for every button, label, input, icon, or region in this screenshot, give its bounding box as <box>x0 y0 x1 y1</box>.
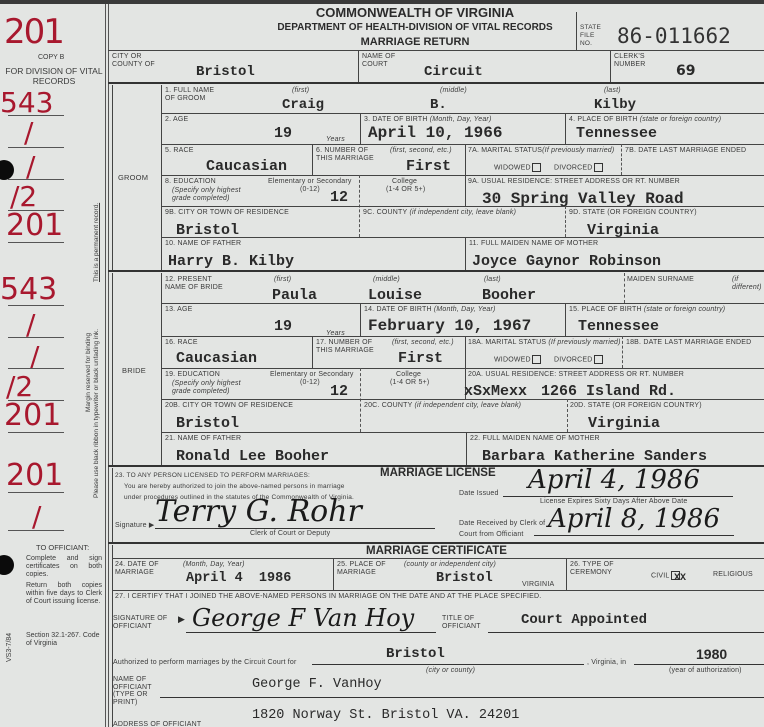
certificate-title: MARRIAGE CERTIFICATE <box>366 545 507 557</box>
margin-mark: 543 <box>0 272 57 307</box>
marriage-place-value: Bristol <box>436 571 493 586</box>
divider <box>161 206 764 207</box>
hint: (middle) <box>373 276 400 284</box>
hint: (first) <box>274 276 291 284</box>
groom-city-label: 9b. CITY OR TOWN OF RESIDENCE <box>165 209 289 217</box>
groom-pob-label: 4. PLACE OF BIRTH (state or foreign coun… <box>569 116 721 124</box>
bride-county-label: 20c. COUNTY (if independent city, leave … <box>364 402 521 410</box>
date-received-label: Date Received by Clerk of Court from Off… <box>459 518 559 540</box>
groom-marital-label: 7a. MARITAL STATUS(If previously married… <box>468 147 614 155</box>
divider <box>108 50 764 51</box>
margin-line <box>8 115 64 116</box>
groom-middle-name: B. <box>430 97 447 113</box>
divider <box>622 336 623 368</box>
hint: (state or foreign country) <box>640 116 721 123</box>
label: 15. PLACE OF BIRTH <box>569 306 642 313</box>
divider <box>161 336 764 337</box>
groom-mother: Joyce Gaynor Robinson <box>472 253 661 270</box>
signer-title: Clerk of Court or Deputy <box>250 530 330 538</box>
hint: (last) <box>484 276 501 284</box>
divider <box>108 542 764 544</box>
bride-divorced[interactable]: DIVORCED <box>554 355 603 364</box>
marriage-place-state: VIRGINIA <box>522 581 554 589</box>
date-received-value: April 8, 1986 <box>548 504 720 534</box>
clerks-number-value: 69 <box>676 63 695 79</box>
margin-line <box>8 432 64 433</box>
city-county-label: CITY OR COUNTY OF <box>112 53 172 69</box>
signature-line <box>503 496 733 497</box>
label: WIDOWED <box>494 164 531 171</box>
groom-last-marriage-ended-label: 7b. DATE LAST MARRIAGE ENDED <box>625 147 746 155</box>
for-division-label: FOR DIVISION OF VITAL RECORDS <box>2 66 106 86</box>
virginia-in-label: , Virginia, in <box>587 659 626 667</box>
hint: (if independent city, leave blank) <box>409 209 516 216</box>
label: DIVORCED <box>554 356 593 363</box>
bride-education-elementary: 12 <box>330 383 348 400</box>
groom-age-label: 2. AGE <box>165 116 188 124</box>
bride-marital-label: 18a. MARITAL STATUS (If previously marri… <box>468 339 621 347</box>
signature-line <box>312 664 584 665</box>
civil-mark: XX <box>674 573 686 584</box>
bride-dob-label: 14. DATE OF BIRTH (Month, Day, Year) <box>364 306 496 314</box>
label: Signature <box>115 522 147 529</box>
label: 9c. COUNTY <box>363 209 407 216</box>
bride-residence-struck: xSxMexx <box>464 383 527 400</box>
ink-note: Please use black ribbon in typewriter or… <box>93 329 100 498</box>
margin-line <box>8 337 64 338</box>
to-officiant-label: TO OFFICIANT: <box>36 543 89 552</box>
elementary-range: (0-12) <box>300 379 320 387</box>
bride-age-label: 13. AGE <box>165 306 192 314</box>
hint: (Month, Day, Year) <box>183 561 245 569</box>
officiant-signature: George F Van Hoy <box>192 604 414 632</box>
binding-note: Margin reserved for binding <box>85 333 92 412</box>
groom-county-label: 9c. COUNTY (if independent city, leave b… <box>363 209 516 217</box>
hint: (city or county) <box>426 667 475 675</box>
groom-marriage-number-label: 6. NUMBER OF THIS MARRIAGE <box>316 147 376 163</box>
divider <box>112 273 113 465</box>
arrow-icon: ▶ <box>149 522 155 529</box>
bride-residence-label: 20a. USUAL RESIDENCE: STREET ADDRESS OR … <box>468 371 684 379</box>
divider <box>312 144 313 175</box>
groom-race-label: 5. RACE <box>165 147 194 155</box>
elementary-range: (0-12) <box>300 186 320 194</box>
groom-widowed[interactable]: WIDOWED <box>494 163 541 172</box>
city-county-value: Bristol <box>196 64 255 80</box>
hint: (If previously married) <box>542 147 614 154</box>
divider <box>621 144 622 175</box>
bride-state: Virginia <box>588 415 660 432</box>
divider <box>161 175 764 176</box>
officiant-address-value: 1820 Norway St. Bristol VA. 24201 <box>252 708 519 723</box>
authorization-year: 1980 <box>696 646 727 662</box>
license-item-label: 23. TO ANY PERSON LICENSED TO PERFORM MA… <box>115 472 310 480</box>
label: 20c. COUNTY <box>364 402 412 409</box>
signature-label: Signature ▶ <box>115 522 155 530</box>
divider <box>360 303 361 336</box>
divider <box>565 113 566 144</box>
hint: (Specify only highest grade completed) <box>172 187 242 203</box>
date-issued-label: Date Issued <box>459 490 499 498</box>
label: CIVIL <box>651 572 670 579</box>
hint: (middle) <box>440 87 467 95</box>
divider <box>161 399 764 400</box>
groom-name-label: 1. FULL NAME OF GROOM <box>165 87 225 103</box>
margin-line <box>8 492 64 493</box>
divider <box>466 432 467 465</box>
signature-line <box>634 664 764 665</box>
margin-mark: 201 <box>6 458 63 493</box>
bride-first-name: Paula <box>272 287 317 304</box>
divider <box>161 303 764 304</box>
label: 14. DATE OF BIRTH <box>364 306 432 313</box>
clerk-signature: Terry G. Rohr <box>155 494 362 529</box>
state-file-label: STATE FILE NO. <box>580 24 606 48</box>
signature-line <box>155 528 435 529</box>
groom-marriage-number: First <box>406 158 451 175</box>
divider <box>108 270 764 272</box>
groom-education-label: 8. EDUCATION <box>165 178 216 186</box>
margin-mark: 201 <box>4 398 61 433</box>
groom-mother-label: 11. FULL MAIDEN NAME OF MOTHER <box>469 240 598 248</box>
bride-last-marriage-ended-label: 18b. DATE LAST MARRIAGE ENDED <box>626 339 751 347</box>
bride-age: 19 <box>274 318 292 335</box>
signature-line <box>160 697 764 698</box>
clerks-number-label: CLERK'S NUMBER <box>614 53 658 69</box>
divider <box>312 336 313 368</box>
form-code: VS3-7/84 <box>6 633 13 662</box>
officiant-name-value: George F. VanHoy <box>252 677 382 692</box>
divider <box>565 206 566 237</box>
groom-first-name: Craig <box>282 97 324 113</box>
state-file-number: 86-011662 <box>617 24 731 48</box>
groom-section-label: GROOM <box>118 174 148 182</box>
margin-mark: / <box>32 500 41 533</box>
hint: (Month, Day, Year) <box>430 116 492 123</box>
divider <box>161 432 764 433</box>
bride-race-label: 16. RACE <box>165 339 198 347</box>
divider <box>161 144 764 145</box>
groom-age: 19 <box>274 125 292 142</box>
maiden-surname-label: MAIDEN SURNAME <box>627 276 694 284</box>
officiant-name-label: NAME OF OFFICIANT (type or print) <box>113 676 173 706</box>
hint: (Month, Day, Year) <box>434 306 496 313</box>
label: DIVORCED <box>554 164 593 171</box>
divider <box>112 558 764 559</box>
permanent-record-note: This is a permanent record. <box>93 203 100 282</box>
bride-city: Bristol <box>176 415 239 432</box>
label: 3. DATE OF BIRTH <box>364 116 428 123</box>
signature-line <box>488 632 764 633</box>
hint: (first, second, etc.) <box>392 339 454 347</box>
certify-text: 27. I CERTIFY THAT I JOINED THE ABOVE-NA… <box>115 593 541 601</box>
divider <box>161 273 162 465</box>
punch-hole <box>0 160 14 180</box>
college-label: College <box>392 178 417 186</box>
bride-pob-label: 15. PLACE OF BIRTH (state or foreign cou… <box>569 306 725 314</box>
hint: (first) <box>292 87 309 95</box>
bride-marriage-number-label: 17. NUMBER OF THIS MARRIAGE <box>316 339 376 355</box>
divider <box>360 368 361 432</box>
hint: (first, second, etc.) <box>390 147 452 155</box>
widowed-checkbox[interactable] <box>532 163 541 172</box>
ceremony-religious[interactable]: RELIGIOUS <box>713 571 753 579</box>
bride-marriage-number: First <box>398 350 443 367</box>
hint: (if different) <box>732 276 764 292</box>
divider <box>465 237 466 270</box>
margin-mark: 201 <box>4 12 63 52</box>
widowed-checkbox[interactable] <box>532 355 541 364</box>
bride-middle-name: Louise <box>368 287 422 304</box>
court-label: NAME OF COURT <box>362 53 402 69</box>
year-hint: (year of authorization) <box>669 667 742 675</box>
divider <box>576 12 577 50</box>
bride-father: Ronald Lee Booher <box>176 448 329 465</box>
groom-last-name: Kilby <box>594 97 636 113</box>
groom-father: Harry B. Kilby <box>168 253 294 270</box>
bride-mother: Barbara Katherine Sanders <box>482 448 707 465</box>
margin-line <box>8 530 64 531</box>
college-range: (1-4 or 5+) <box>386 186 425 194</box>
bride-mother-label: 22. FULL MAIDEN NAME OF MOTHER <box>470 435 600 443</box>
bride-section-label: BRIDE <box>122 367 146 375</box>
bride-last-name: Booher <box>482 287 536 304</box>
code-section: Section 32.1-267. Code of Virginia <box>26 632 102 648</box>
hint: (county or independent city) <box>404 561 496 569</box>
groom-father-label: 10. NAME OF FATHER <box>165 240 241 248</box>
label: 7a. MARITAL STATUS <box>468 147 542 154</box>
divorced-checkbox[interactable] <box>594 163 603 172</box>
court-value: Circuit <box>424 64 483 80</box>
groom-dob: April 10, 1966 <box>368 124 502 142</box>
bride-residence: 1266 Island Rd. <box>541 383 676 400</box>
bride-dob: February 10, 1967 <box>368 317 531 335</box>
marriage-date-label: 24. DATE OF MARRIAGE <box>115 561 175 577</box>
divider <box>624 273 625 303</box>
scan-edge <box>0 0 764 4</box>
authorized-text: Authorized to perform marriages by the C… <box>113 659 297 667</box>
groom-education-elementary: 12 <box>330 189 348 206</box>
form-border-left <box>108 4 109 727</box>
copy-label: COPY B <box>38 54 64 61</box>
divider <box>565 303 566 336</box>
divider <box>566 558 567 590</box>
margin-mark: 201 <box>6 208 63 243</box>
margin-line <box>8 305 64 306</box>
ceremony-type-label: 26. TYPE OF CEREMONY <box>570 561 630 577</box>
marriage-return-form: 201 COPY B FOR DIVISION OF VITAL RECORDS… <box>0 0 764 727</box>
divider <box>161 113 764 114</box>
license-title: MARRIAGE LICENSE <box>380 467 496 479</box>
bride-widowed[interactable]: WIDOWED <box>494 355 541 364</box>
bride-father-label: 21. NAME OF FATHER <box>165 435 241 443</box>
form-name: MARRIAGE RETURN <box>250 36 580 48</box>
divider <box>567 399 568 432</box>
hint: (Specify only highest grade completed) <box>172 380 242 396</box>
divider <box>161 237 764 238</box>
margin-mark: / <box>24 116 33 149</box>
officiant-instructions-2: Return both copies within five days to C… <box>26 582 102 606</box>
divider <box>360 113 361 144</box>
groom-race: Caucasian <box>206 158 287 175</box>
form-title: COMMONWEALTH OF VIRGINIA <box>250 5 580 20</box>
marriage-date-value: April 4 1986 <box>186 571 291 586</box>
department-title: DEPARTMENT OF HEALTH-DIVISION OF VITAL R… <box>250 22 580 33</box>
signature-line <box>186 632 436 633</box>
margin-line <box>8 147 64 148</box>
label: 4. PLACE OF BIRTH <box>569 116 638 123</box>
binding-line <box>105 4 106 727</box>
bride-state-label: 20d. STATE (OR FOREIGN COUNTRY) <box>570 402 702 410</box>
date-issued-value: April 4, 1986 <box>528 465 700 495</box>
hint: (last) <box>604 87 621 95</box>
bride-city-label: 20b. CITY OR TOWN OF RESIDENCE <box>165 402 293 410</box>
authorized-place: Bristol <box>386 646 445 662</box>
license-text-1: You are hereby authorized to join the ab… <box>124 483 345 491</box>
groom-pob: Tennessee <box>576 125 657 142</box>
divider <box>112 468 113 542</box>
divider <box>333 558 334 590</box>
margin-line <box>8 242 64 243</box>
divider <box>112 590 764 591</box>
years-label: Years <box>326 136 345 144</box>
bride-education-label: 19. EDUCATION <box>165 371 220 379</box>
hint: (if independent city, leave blank) <box>415 402 522 409</box>
divider <box>161 368 764 369</box>
elementary-label: Elementary or Secondary <box>270 371 354 379</box>
groom-state-label: 9d. STATE (OR FOREIGN COUNTRY) <box>569 209 697 217</box>
hint: (state or foreign country) <box>644 306 725 313</box>
marriage-place-label: 25. PLACE OF MARRIAGE <box>337 561 397 577</box>
label: WIDOWED <box>494 356 531 363</box>
signature-line <box>534 535 734 536</box>
college-label: College <box>396 371 421 379</box>
groom-divorced[interactable]: DIVORCED <box>554 163 603 172</box>
officiant-title-label: TITLE OF OFFICIANT <box>442 615 506 631</box>
officiant-address-label: ADDRESS OF OFFICIANT <box>113 721 201 727</box>
officiant-title-value: Court Appointed <box>521 612 647 628</box>
bride-name-label: 12. PRESENT NAME OF BRIDE <box>165 276 227 292</box>
officiant-instructions-1: Complete and sign certificates on both c… <box>26 555 102 579</box>
bride-race: Caucasian <box>176 350 257 367</box>
college-range: (1-4 or 5+) <box>390 379 429 387</box>
divider <box>112 85 113 270</box>
arrow-icon: ▶ <box>178 614 185 625</box>
label: 18a. MARITAL STATUS <box>468 339 546 346</box>
margin-line <box>8 368 64 369</box>
hint: (If previously married) <box>548 339 620 346</box>
groom-dob-label: 3. DATE OF BIRTH (Month, Day, Year) <box>364 116 491 124</box>
divider <box>610 50 611 82</box>
groom-residence-label: 9a. USUAL RESIDENCE: STREET ADDRESS OR R… <box>468 178 680 186</box>
bride-pob: Tennessee <box>578 318 659 335</box>
divider <box>358 50 359 82</box>
divider <box>108 82 764 84</box>
elementary-label: Elementary or Secondary <box>268 178 352 186</box>
punch-hole <box>0 555 14 575</box>
officiant-signature-label: SIGNATURE OF OFFICIANT <box>113 615 177 631</box>
divorced-checkbox[interactable] <box>594 355 603 364</box>
